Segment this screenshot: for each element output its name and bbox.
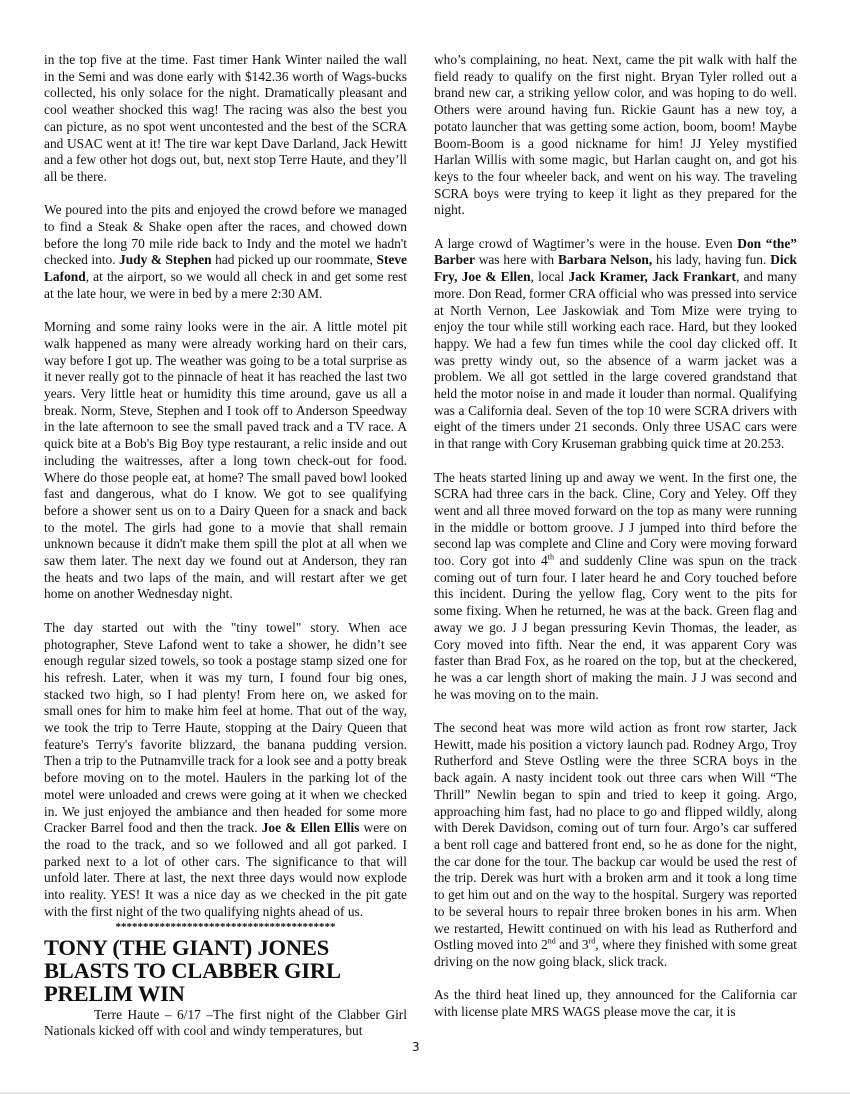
text-run: The day started out with the "tiny towel…: [44, 620, 407, 835]
article-paragraph: We poured into the pits and enjoyed the …: [44, 202, 407, 302]
article-headline: TONY (THE GIANT) JONES BLASTS TO CLABBER…: [44, 936, 407, 1005]
left-column: in the top five at the time. Fast timer …: [44, 52, 407, 1057]
text-run: As the third heat lined up, they announc…: [434, 987, 797, 1019]
text-run: was here with: [475, 252, 558, 267]
text-run: , and many more. Don Read, former CRA of…: [434, 269, 797, 451]
ordinal-suffix: nd: [548, 937, 556, 946]
page-number: 3: [412, 1040, 420, 1054]
section-separator: ****************************************: [44, 921, 407, 933]
scan-edge-divider: [0, 1092, 850, 1094]
bold-name: Barbara Nelson,: [558, 252, 652, 267]
article-paragraph: Morning and some rainy looks were in the…: [44, 319, 407, 603]
article-paragraph: The second heat was more wild action as …: [434, 720, 797, 971]
article-paragraph: The day started out with the "tiny towel…: [44, 620, 407, 921]
text-run: The second heat was more wild action as …: [434, 720, 797, 952]
article-paragraph: A large crowd of Wagtimer’s were in the …: [434, 236, 797, 453]
right-column: who’s complaining, no heat. Next, came t…: [434, 52, 797, 1021]
bold-name: Jack Kramer, Jack Frankart: [569, 269, 736, 284]
text-run: in the top five at the time. Fast timer …: [44, 52, 407, 184]
text-run: had picked up our roommate,: [212, 252, 377, 267]
article-paragraph: The heats started lining up and away we …: [434, 470, 797, 704]
article-paragraph: in the top five at the time. Fast timer …: [44, 52, 407, 186]
text-run: A large crowd of Wagtimer’s were in the …: [434, 236, 737, 251]
text-run: Morning and some rainy looks were in the…: [44, 319, 407, 601]
text-run: and suddenly Cline was spun on the track…: [434, 553, 797, 702]
text-run: , local: [531, 269, 569, 284]
text-run: and 3: [556, 937, 589, 952]
bold-name: Joe & Ellen Ellis: [262, 820, 360, 835]
article-paragraph: who’s complaining, no heat. Next, came t…: [434, 52, 797, 219]
article-lead: Terre Haute – 6/17 –The first night of t…: [44, 1007, 407, 1040]
bold-name: Judy & Stephen: [119, 252, 212, 267]
article-paragraph: As the third heat lined up, they announc…: [434, 987, 797, 1020]
text-run: who’s complaining, no heat. Next, came t…: [434, 52, 797, 217]
text-run: his lady, having fun.: [652, 252, 770, 267]
text-run: , at the airport, so we would all check …: [44, 269, 407, 301]
